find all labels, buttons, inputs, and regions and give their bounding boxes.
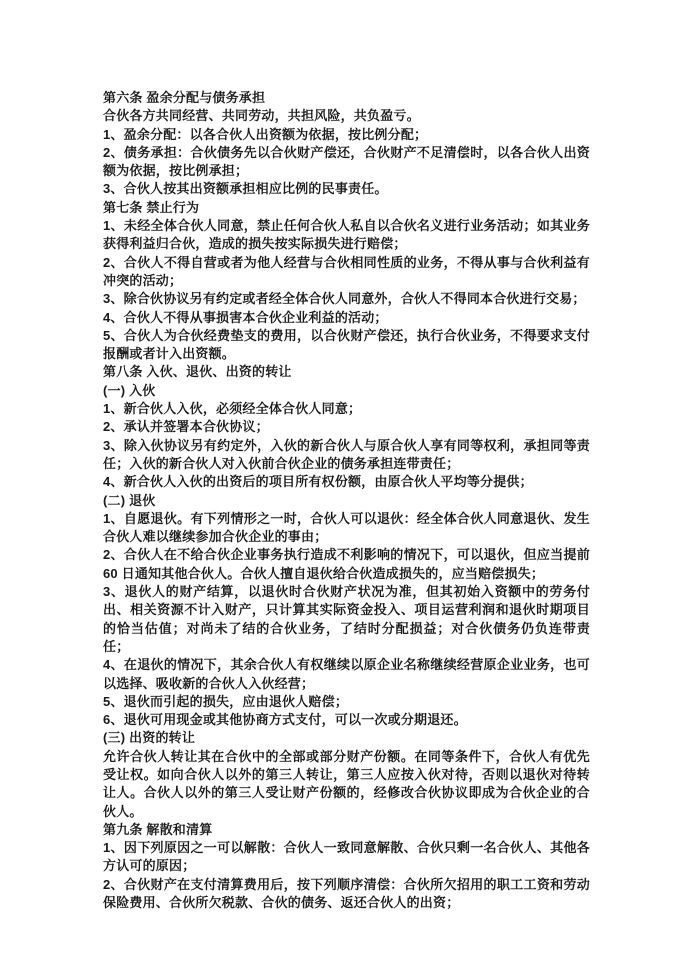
list-item: 3、合伙人按其出资额承担相应比例的民事责任。	[103, 180, 590, 198]
list-item: 1、未经全体合伙人同意，禁止任何合伙人私自以合伙名义进行业务活动；如其业务获得利…	[103, 217, 590, 254]
section-heading-3: (三) 出资的转让	[103, 729, 590, 747]
document-body: 第六条 盈余分配与债务承担 合伙各方共同经营、共同劳动，共担风险，共负盈亏。 1…	[103, 89, 590, 912]
list-item: 2、合伙人在不给合伙企业事务执行造成不利影响的情况下，可以退伙，但应当提前 60…	[103, 546, 590, 583]
list-item: 1、新合伙人入伙，必须经全体合伙人同意；	[103, 400, 590, 418]
article-heading-6: 第六条 盈余分配与债务承担	[103, 89, 590, 107]
list-item: 1、因下列原因之一可以解散：合伙人一致同意解散、合伙只剩一名合伙人、其他各方认可…	[103, 839, 590, 876]
list-item: 1、自愿退伙。有下列情形之一时，合伙人可以退伙：经全体合伙人同意退伙、发生合伙人…	[103, 510, 590, 547]
list-item: 3、除入伙协议另有约定外，入伙的新合伙人与原合伙人享有同等权利，承担同等责任；入…	[103, 437, 590, 474]
paragraph: 允许合伙人转让其在合伙中的全部或部分财产份额。在同等条件下，合伙人有优先受让权。…	[103, 748, 590, 821]
article-heading-8: 第八条 入伙、退伙、出资的转让	[103, 363, 590, 381]
list-item: 4、新合伙人入伙的出资后的项目所有权份额，由原合伙人平均等分提供；	[103, 473, 590, 491]
list-item: 2、承认并签署本合伙协议；	[103, 418, 590, 436]
list-item: 2、债务承担：合伙债务先以合伙财产偿还，合伙财产不足清偿时，以各合伙人出资额为依…	[103, 144, 590, 181]
list-item: 4、合伙人不得从事损害本合伙企业利益的活动；	[103, 309, 590, 327]
paragraph: 合伙各方共同经营、共同劳动，共担风险，共负盈亏。	[103, 107, 590, 125]
section-heading-2: (二) 退伙	[103, 492, 590, 510]
list-item: 6、退伙可用现金或其他协商方式支付，可以一次或分期退还。	[103, 711, 590, 729]
list-item: 2、合伙财产在支付清算费用后，按下列顺序清偿：合伙所欠招用的职工工资和劳动保险费…	[103, 876, 590, 913]
document-page: 第六条 盈余分配与债务承担 合伙各方共同经营、共同劳动，共担风险，共负盈亏。 1…	[0, 0, 690, 976]
article-heading-7: 第七条 禁止行为	[103, 199, 590, 217]
list-item: 5、退伙而引起的损失，应由退伙人赔偿；	[103, 693, 590, 711]
list-item: 3、退伙人的财产结算，以退伙时合伙财产状况为准，但其初始入资额中的劳务付出、相关…	[103, 583, 590, 656]
list-item: 4、在退伙的情况下，其余合伙人有权继续以原企业名称继续经营原企业业务，也可以选择…	[103, 656, 590, 693]
list-item: 3、除合伙协议另有约定或者经全体合伙人同意外，合伙人不得同本合伙进行交易；	[103, 290, 590, 308]
list-item: 2、合伙人不得自营或者为他人经营与合伙相同性质的业务，不得从事与合伙利益有冲突的…	[103, 254, 590, 291]
list-item: 5、合伙人为合伙经费垫支的费用，以合伙财产偿还，执行合伙业务，不得要求支付报酬或…	[103, 327, 590, 364]
article-heading-9: 第九条 解散和清算	[103, 821, 590, 839]
list-item: 1、盈余分配：以各合伙人出资额为依据，按比例分配；	[103, 126, 590, 144]
section-heading-1: (一) 入伙	[103, 382, 590, 400]
